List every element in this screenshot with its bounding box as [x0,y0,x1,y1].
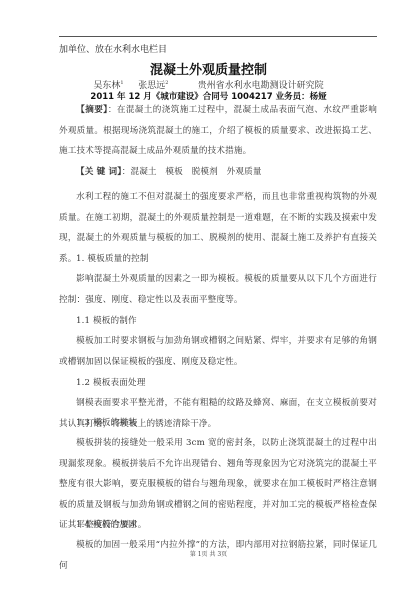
section-heading: 1.3 模板的拼装 [59,413,377,434]
author-sup: 2 [165,80,168,86]
section-heading: 1.2 模板表面处理 [59,373,377,394]
abstract-label: 【摘要】 [76,105,108,115]
body-paragraph: 影响混凝土外观质量的因素之一即为模板。模板的质量要从以下几个方面进行控制：强度、… [59,269,377,310]
keywords-text: ：混凝土 模板 脱模剂 外观质量 [122,167,262,177]
abstract: 【摘要】：在混凝土的浇筑施工过程中，混凝土成品表面气泡、水纹严重影响外观质量。根… [59,100,377,162]
article-title: 混凝土外观质量控制 [0,59,417,78]
section-heading: 1.1 模板的制作 [59,311,377,332]
body-paragraph: 模板加工时要求钢板与加劲角钢或槽钢之间贴紧、焊牢，并要求有足够的角钢或槽钢加固以… [59,331,377,372]
section-heading: 1. 模板质量的控制 [59,249,377,270]
author-sup: 1 [120,80,123,86]
header-rule [59,36,377,37]
keywords: 【关 键 词】：混凝土 模板 脱模剂 外观质量 [59,162,377,183]
header-note: 加单位、放在水利水电栏目 [59,42,167,55]
section-heading: 1.4 模板的加固 [59,515,377,536]
keywords-label: 【关 键 词】 [76,167,122,177]
page-footer: 第 1页 共 3页 [0,549,417,558]
